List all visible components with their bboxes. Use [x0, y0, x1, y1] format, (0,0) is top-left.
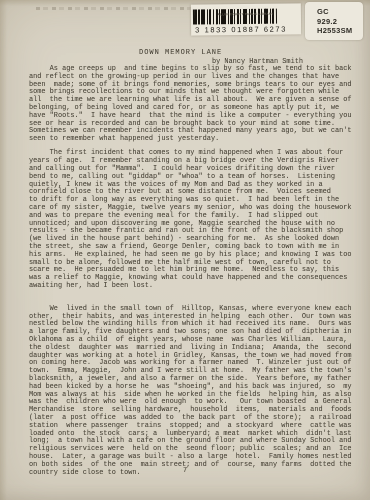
paragraph-2: The first incident that comes to my mind…: [29, 150, 364, 290]
call-number-sticker: GC 929.2 H2553SM: [305, 2, 363, 40]
library-name: ALLEN COUNTY PUBLIC LIBRARY: [191, 3, 301, 9]
scanned-page: ALLEN COUNTY PUBLIC LIBRARY 3 1833 01887…: [0, 0, 370, 500]
call-number-line-2: 929.2: [317, 17, 363, 27]
library-name-text: ALLEN COUNTY PUBLIC LIBRARY: [218, 13, 274, 17]
body-text: As age creeps up and time begins to slip…: [29, 66, 364, 477]
call-number-line-3: H2553SM: [317, 26, 363, 36]
call-number-line-1: GC: [317, 7, 363, 17]
paragraph-1: As age creeps up and time begins to slip…: [29, 66, 364, 144]
library-barcode-label: ALLEN COUNTY PUBLIC LIBRARY 3 1833 01887…: [191, 3, 301, 35]
barcode-number: 3 1833 01887 6273: [191, 24, 301, 34]
barcode-icon: [193, 9, 277, 25]
page-number: 7: [183, 467, 187, 475]
page-title: DOWN MEMORY LANE: [139, 49, 222, 57]
paragraph-3: We lived in the small town of Hilltop, K…: [29, 306, 364, 478]
